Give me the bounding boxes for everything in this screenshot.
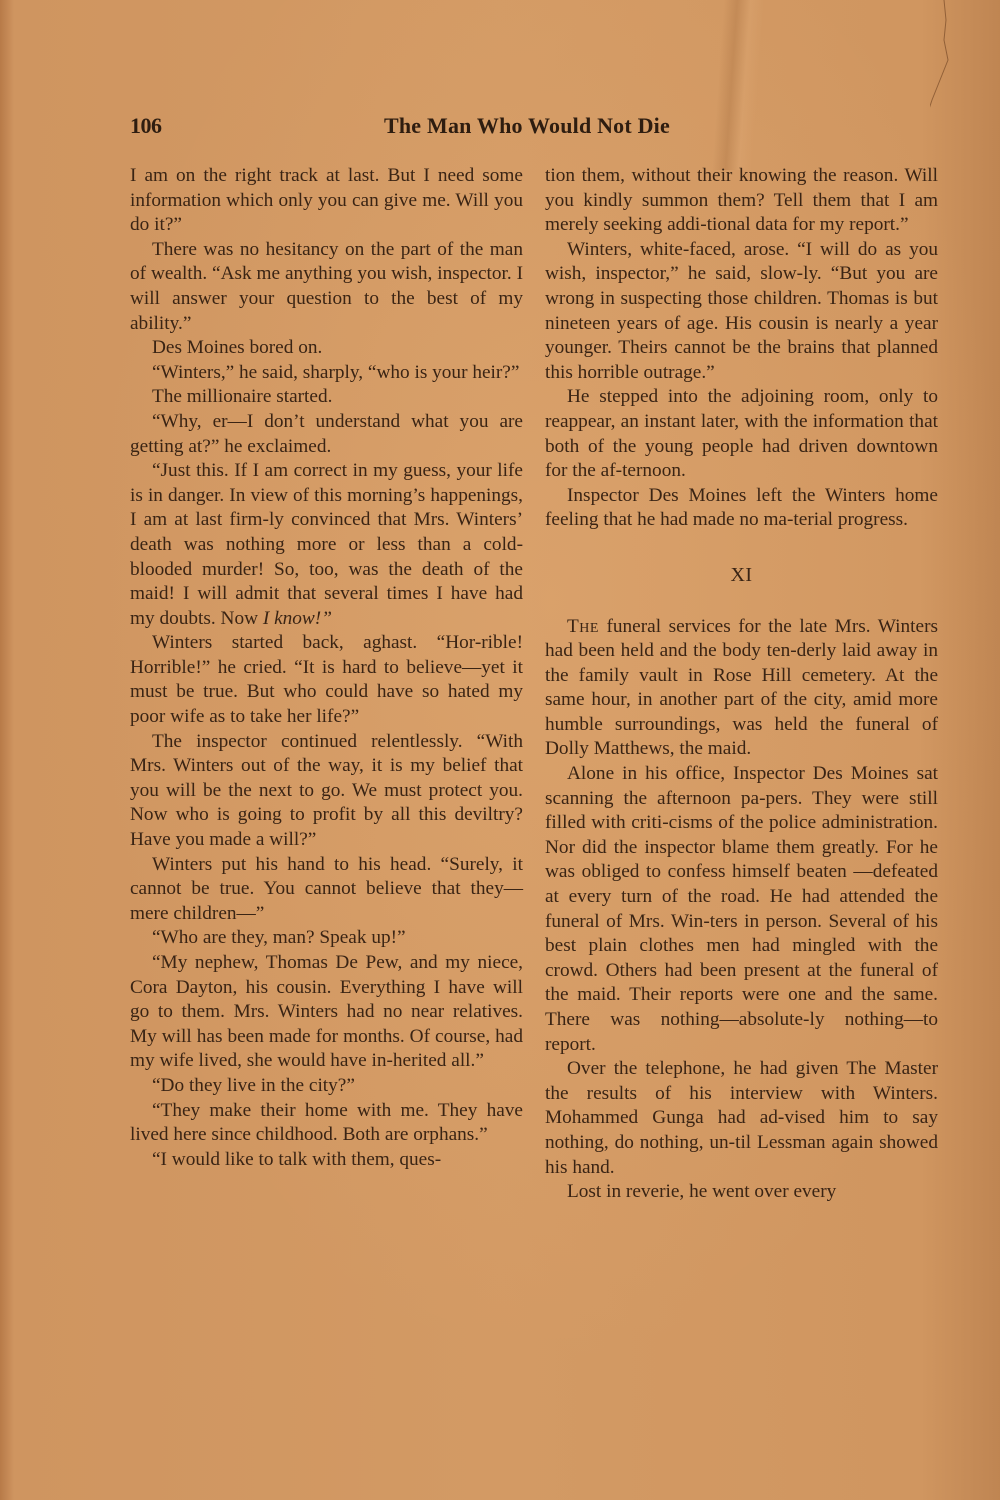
paragraph: Alone in his office, Inspector Des Moine… [545, 762, 938, 1057]
torn-edge-mark [930, 0, 970, 170]
paragraph: I am on the right track at last. But I n… [130, 164, 523, 238]
paragraph: Winters put his hand to his head. “Surel… [130, 853, 523, 927]
chapter-opening-paragraph: The funeral services for the late Mrs. W… [545, 615, 938, 763]
running-title: The Man Who Would Not Die [384, 113, 670, 139]
paragraph: “They make their home with me. They have… [130, 1099, 523, 1148]
right-column: tion them, without their knowing the rea… [545, 164, 938, 1205]
paragraph: There was no hesitancy on the part of th… [130, 238, 523, 336]
page-fold-shadow [712, 0, 764, 170]
paragraph: The millionaire started. [130, 385, 523, 410]
paragraph: Winters, white-faced, arose. “I will do … [545, 238, 938, 386]
paragraph: “Who are they, man? Speak up!” [130, 926, 523, 951]
paragraph: “My nephew, Thomas De Pew, and my niece,… [130, 951, 523, 1074]
paragraph: Inspector Des Moines left the Winters ho… [545, 484, 938, 533]
paragraph: “Why, er—I don’t understand what you are… [130, 410, 523, 459]
paragraph: Over the telephone, he had given The Mas… [545, 1057, 938, 1180]
paragraph: “I would like to talk with them, ques- [130, 1148, 523, 1173]
paragraph: “Just this. If I am correct in my guess,… [130, 459, 523, 631]
paragraph: Des Moines bored on. [130, 336, 523, 361]
smallcaps-opening: The [567, 616, 599, 637]
paragraph: The inspector continued relentlessly. “W… [130, 730, 523, 853]
paragraph: tion them, without their knowing the rea… [545, 164, 938, 238]
paragraph: Lost in reverie, he went over every [545, 1180, 938, 1205]
page-number: 106 [130, 113, 162, 139]
paragraph: He stepped into the adjoining room, only… [545, 385, 938, 483]
paragraph: Winters started back, aghast. “Hor-rible… [130, 631, 523, 729]
chapter-heading: XI [545, 563, 938, 588]
left-column: I am on the right track at last. But I n… [130, 164, 523, 1172]
paragraph-text: funeral services for the late Mrs. Winte… [545, 616, 938, 760]
paragraph: “Do they live in the city?” [130, 1074, 523, 1099]
running-header: 106 The Man Who Would Not Die [130, 113, 890, 143]
paragraph-text: “Just this. If I am correct in my guess,… [130, 460, 523, 629]
emphasized-text: I know!” [263, 608, 332, 629]
paragraph: “Winters,” he said, sharply, “who is you… [130, 361, 523, 386]
book-page: 106 The Man Who Would Not Die I am on th… [0, 0, 1000, 1500]
